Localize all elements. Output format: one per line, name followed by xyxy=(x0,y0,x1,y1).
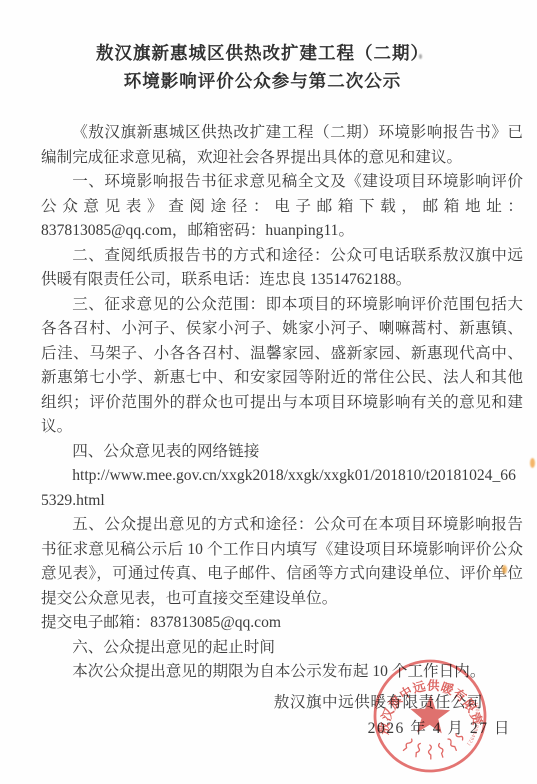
document-body: 《敖汉旗新惠城区供热改扩建工程（二期）环境影响报告书》已编制完成征求意见稿，欢迎… xyxy=(41,121,523,685)
seal-mongolian-script xyxy=(401,732,465,761)
seal-star-icon xyxy=(409,694,450,733)
scan-speck-orange-1 xyxy=(530,458,535,468)
paragraph-item-4: 四、公众意见表的网络链接 xyxy=(41,440,523,465)
paragraph-item-2: 二、查阅纸质报告书的方式和途径：公众可电话联系敖汉旗中远供暖有限责任公司，联系电… xyxy=(41,244,523,293)
paragraph-item-1: 一、环境影响报告书征求意见稿全文及《建设项目环境影响评价公众意见表》查阅途径：电… xyxy=(41,170,523,244)
doc-title-line-1: 敖汉旗新惠城区供热改扩建工程（二期） xyxy=(0,40,531,68)
paragraph-intro: 《敖汉旗新惠城区供热改扩建工程（二期）环境影响报告书》已编制完成征求意见稿，欢迎… xyxy=(41,121,523,170)
paragraph-item-5: 五、公众提出意见的方式和途径：公众可在本项目环境影响报告书征求意见稿公示后 10… xyxy=(41,513,523,611)
paragraph-item-3: 三、征求意见的公众范围：即本项目的环境影响评价范围包括大各各召村、小河子、侯家小… xyxy=(41,293,523,440)
company-seal: 敖汉旗中远供暖有限责任公司 15043018884921 xyxy=(366,652,494,780)
document-page: 敖汉旗新惠城区供热改扩建工程（二期） 环境影响评价公众参与第二次公示 《敖汉旗新… xyxy=(0,0,537,784)
paragraph-url: http://www.mee.gov.cn/xxgk2018/xxgk/xxgk… xyxy=(41,464,523,513)
document-title: 敖汉旗新惠城区供热改扩建工程（二期） 环境影响评价公众参与第二次公示 xyxy=(0,40,531,95)
scan-speck-orange-2 xyxy=(502,565,507,574)
paragraph-submit-email: 提交电子邮箱：837813085@qq.com xyxy=(41,611,523,636)
scan-speck-gray xyxy=(419,54,422,59)
doc-title-line-2: 环境影响评价公众参与第二次公示 xyxy=(0,68,531,96)
